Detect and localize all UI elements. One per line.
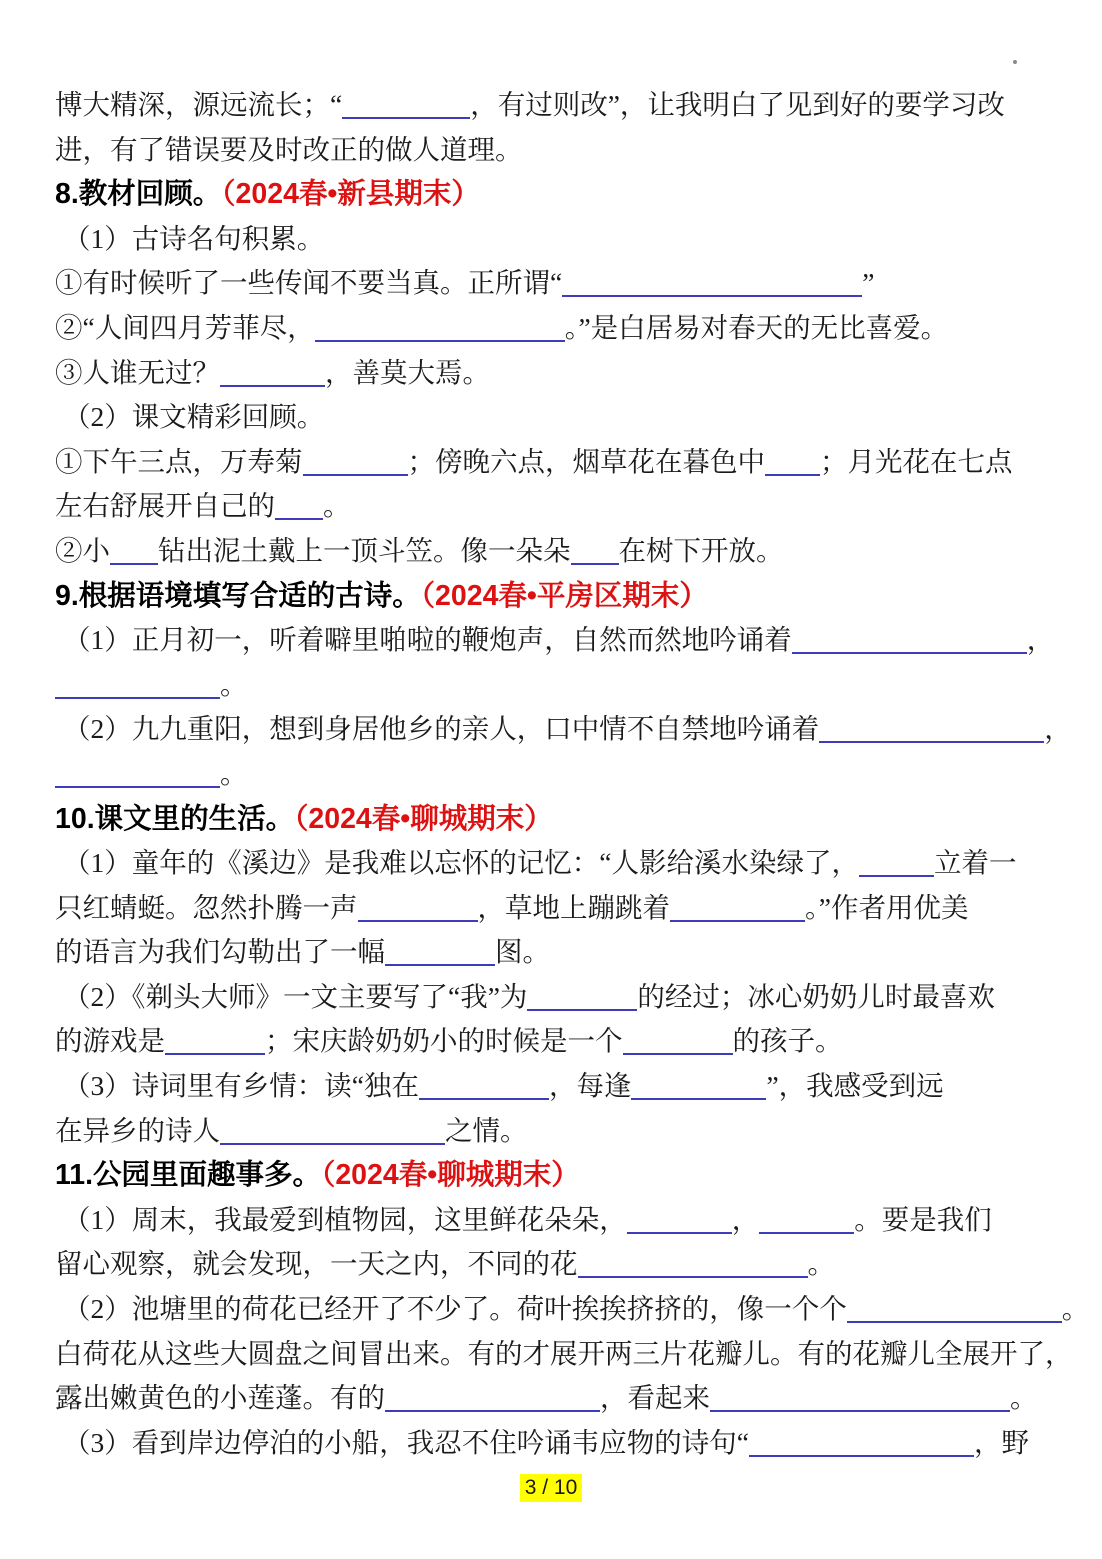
text-line: ②“人间四月芳菲尽，。”是白居易对春天的无比喜爱。 xyxy=(55,306,1082,351)
text-segment: 的语言为我们勾勒出了一幅 xyxy=(55,936,385,967)
page-number-badge: 3 / 10 xyxy=(520,1474,583,1502)
text-segment: ①下午三点，万寿菊 xyxy=(55,446,303,477)
text-line: ②小钻出泥土戴上一顶斗笠。像一朵朵在树下开放。 xyxy=(55,529,1082,574)
text-segment: （3）诗词里有乡情：读“独在 xyxy=(63,1070,419,1101)
text-segment: 8.教材回顾。 xyxy=(55,178,221,210)
text-segment: （2）九九重阳，想到身居他乡的亲人，口中情不自禁地吟诵着 xyxy=(63,713,819,744)
question-heading-line: 8.教材回顾。（2024春•新县期末） xyxy=(55,172,1082,217)
text-segment: ”，我感受到远 xyxy=(766,1070,943,1101)
text-line: 。 xyxy=(55,752,1082,797)
text-segment: 。”作者用优美 xyxy=(805,892,968,923)
answer-blank xyxy=(859,848,934,878)
text-segment: （2）课文精彩回顾。 xyxy=(63,401,324,432)
text-segment: 。 xyxy=(220,758,248,789)
text-segment: 进，有了错误要及时改正的做人道理。 xyxy=(55,134,523,165)
answer-blank xyxy=(562,268,862,298)
text-line: 左右舒展开自己的。 xyxy=(55,484,1082,529)
text-segment: 只红蜻蜓。忽然扑腾一声 xyxy=(55,892,358,923)
worksheet-page: 博大精深，源远流长；“，有过则改”，让我明白了见到好的要学习改进，有了错误要及时… xyxy=(0,0,1102,1559)
answer-blank xyxy=(578,1249,808,1279)
text-segment: ，善莫大焉。 xyxy=(325,357,490,388)
text-segment: 钻出泥土戴上一顶斗笠。像一朵朵 xyxy=(158,535,571,566)
text-segment: 露出嫩黄色的小莲蓬。有的 xyxy=(55,1382,385,1413)
text-segment: ；宋庆龄奶奶小的时候是一个 xyxy=(265,1025,623,1056)
text-line: ①有时候听了一些传闻不要当真。正所谓“” xyxy=(55,261,1082,306)
text-segment: 的经过；冰心奶奶儿时最喜欢 xyxy=(637,981,995,1012)
question-heading-line: 9.根据语境填写合适的古诗。（2024春•平房区期末） xyxy=(55,574,1082,619)
question-heading-line: 11.公园里面趣事多。（2024春•聊城期末） xyxy=(55,1153,1082,1198)
page-corner-speck xyxy=(1013,60,1017,64)
text-segment: （2）《剃头大师》一文主要写了“我”为 xyxy=(63,981,527,1012)
answer-blank xyxy=(220,1115,445,1145)
exam-source-label: （2024春•新县期末） xyxy=(221,178,480,210)
answer-blank xyxy=(165,1026,265,1056)
text-line: ①下午三点，万寿菊；傍晚六点，烟草花在暮色中；月光花在七点 xyxy=(55,440,1082,485)
text-segment: ，有过则改”，让我明白了见到好的要学习改 xyxy=(470,89,1005,120)
answer-blank xyxy=(631,1071,766,1101)
text-segment: ；月光花在七点 xyxy=(820,446,1013,477)
text-segment: ” xyxy=(862,267,874,298)
text-line: （1）正月初一，听着噼里啪啦的鞭炮声，自然而然地吟诵着， xyxy=(55,618,1082,663)
exam-source-label: （2024春•平房区期末） xyxy=(421,580,708,612)
text-segment: 。 xyxy=(1010,1382,1038,1413)
text-segment: 。要是我们 xyxy=(854,1204,992,1235)
answer-blank xyxy=(385,937,495,967)
text-segment: （1）周末，我最爱到植物园，这里鲜花朵朵， xyxy=(63,1204,627,1235)
answer-blank xyxy=(571,535,619,565)
page-footer: 3 / 10 xyxy=(0,1474,1102,1502)
answer-blank xyxy=(110,535,158,565)
text-segment: ， xyxy=(1027,624,1055,655)
text-line: 露出嫩黄色的小莲蓬。有的，看起来。 xyxy=(55,1376,1082,1421)
answer-blank xyxy=(670,892,805,922)
answer-blank xyxy=(792,625,1027,655)
text-line: 的语言为我们勾勒出了一幅图。 xyxy=(55,930,1082,975)
text-segment: （1）正月初一，听着噼里啪啦的鞭炮声，自然而然地吟诵着 xyxy=(63,624,792,655)
answer-blank xyxy=(385,1383,600,1413)
answer-blank xyxy=(55,758,220,788)
answer-blank xyxy=(759,1204,854,1234)
text-segment: 留心观察，就会发现，一天之内，不同的花 xyxy=(55,1248,578,1279)
text-segment: 。”是白居易对春天的无比喜爱。 xyxy=(565,312,948,343)
text-line: （2）课文精彩回顾。 xyxy=(55,395,1082,440)
answer-blank xyxy=(847,1294,1062,1324)
exam-source-label: （2024春•聊城期末） xyxy=(294,803,553,835)
answer-blank xyxy=(303,446,408,476)
answer-blank xyxy=(315,312,565,342)
text-segment: 之情。 xyxy=(445,1115,528,1146)
text-segment: ①有时候听了一些传闻不要当真。正所谓“ xyxy=(55,267,562,298)
text-line: 白荷花从这些大圆盘之间冒出来。有的才展开两三片花瓣儿。有的花瓣儿全展开了， xyxy=(55,1332,1082,1377)
text-line: （3）看到岸边停泊的小船，我忍不住吟诵韦应物的诗句“，野 xyxy=(55,1421,1082,1466)
answer-blank xyxy=(220,357,325,387)
text-segment: 博大精深，源远流长；“ xyxy=(55,89,342,120)
answer-blank xyxy=(819,714,1044,744)
answer-blank xyxy=(358,892,478,922)
answer-blank xyxy=(749,1427,974,1457)
text-segment: 左右舒展开自己的 xyxy=(55,490,275,521)
text-line: （2）池塘里的荷花已经开了不少了。荷叶挨挨挤挤的，像一个个。 xyxy=(55,1287,1082,1332)
text-segment: 。 xyxy=(220,669,248,700)
question-heading-line: 10.课文里的生活。（2024春•聊城期末） xyxy=(55,797,1082,842)
text-line: 博大精深，源远流长；“，有过则改”，让我明白了见到好的要学习改 xyxy=(55,83,1082,128)
answer-blank xyxy=(275,491,323,521)
text-segment: ，每逢 xyxy=(549,1070,632,1101)
text-segment: ，野 xyxy=(974,1427,1029,1458)
answer-blank xyxy=(627,1204,732,1234)
text-line: 留心观察，就会发现，一天之内，不同的花。 xyxy=(55,1242,1082,1287)
text-segment: 。 xyxy=(808,1248,836,1279)
text-segment: ②小 xyxy=(55,535,110,566)
text-segment: ；傍晚六点，烟草花在暮色中 xyxy=(408,446,766,477)
text-line: 进，有了错误要及时改正的做人道理。 xyxy=(55,128,1082,173)
worksheet-content: 博大精深，源远流长；“，有过则改”，让我明白了见到好的要学习改进，有了错误要及时… xyxy=(55,83,1082,1465)
text-line: 。 xyxy=(55,663,1082,708)
text-segment: （1）古诗名句积累。 xyxy=(63,223,324,254)
text-line: （3）诗词里有乡情：读“独在，每逢”，我感受到远 xyxy=(55,1064,1082,1109)
text-segment: ，看起来 xyxy=(600,1382,710,1413)
text-segment: ③人谁无过？ xyxy=(55,357,220,388)
answer-blank xyxy=(527,981,637,1011)
text-segment: 9.根据语境填写合适的古诗。 xyxy=(55,580,421,612)
text-line: （1）古诗名句积累。 xyxy=(55,217,1082,262)
answer-blank xyxy=(419,1071,549,1101)
text-segment: 在异乡的诗人 xyxy=(55,1115,220,1146)
text-line: 只红蜻蜓。忽然扑腾一声，草地上蹦跳着。”作者用优美 xyxy=(55,886,1082,931)
text-segment: ，草地上蹦跳着 xyxy=(478,892,671,923)
text-segment: 图。 xyxy=(495,936,550,967)
text-segment: ， xyxy=(1044,713,1072,744)
text-line: （2）《剃头大师》一文主要写了“我”为的经过；冰心奶奶儿时最喜欢 xyxy=(55,975,1082,1020)
text-segment: （3）看到岸边停泊的小船，我忍不住吟诵韦应物的诗句“ xyxy=(63,1427,749,1458)
text-segment: 的游戏是 xyxy=(55,1025,165,1056)
answer-blank xyxy=(765,446,820,476)
text-segment: （1）童年的《溪边》是我难以忘怀的记忆：“人影给溪水染绿了， xyxy=(63,847,859,878)
text-line: （1）周末，我最爱到植物园，这里鲜花朵朵，，。要是我们 xyxy=(55,1198,1082,1243)
answer-blank xyxy=(710,1383,1010,1413)
answer-blank xyxy=(623,1026,733,1056)
text-segment: 的孩子。 xyxy=(733,1025,843,1056)
answer-blank xyxy=(55,669,220,699)
exam-source-label: （2024春•聊城期末） xyxy=(321,1159,580,1191)
text-line: 在异乡的诗人之情。 xyxy=(55,1109,1082,1154)
text-segment: 白荷花从这些大圆盘之间冒出来。有的才展开两三片花瓣儿。有的花瓣儿全展开了， xyxy=(55,1338,1073,1369)
text-segment: 10.课文里的生活。 xyxy=(55,803,294,835)
text-line: ③人谁无过？，善莫大焉。 xyxy=(55,351,1082,396)
text-segment: ， xyxy=(732,1204,760,1235)
text-segment: 。 xyxy=(1062,1293,1090,1324)
text-segment: ②“人间四月芳菲尽， xyxy=(55,312,315,343)
text-line: （2）九九重阳，想到身居他乡的亲人，口中情不自禁地吟诵着， xyxy=(55,707,1082,752)
text-line: 的游戏是；宋庆龄奶奶小的时候是一个的孩子。 xyxy=(55,1019,1082,1064)
text-line: （1）童年的《溪边》是我难以忘怀的记忆：“人影给溪水染绿了，立着一 xyxy=(55,841,1082,886)
text-segment: 立着一 xyxy=(934,847,1017,878)
text-segment: 11.公园里面趣事多。 xyxy=(55,1159,321,1191)
text-segment: 在树下开放。 xyxy=(619,535,784,566)
text-segment: 。 xyxy=(323,490,351,521)
text-segment: （2）池塘里的荷花已经开了不少了。荷叶挨挨挤挤的，像一个个 xyxy=(63,1293,847,1324)
answer-blank xyxy=(342,90,470,120)
